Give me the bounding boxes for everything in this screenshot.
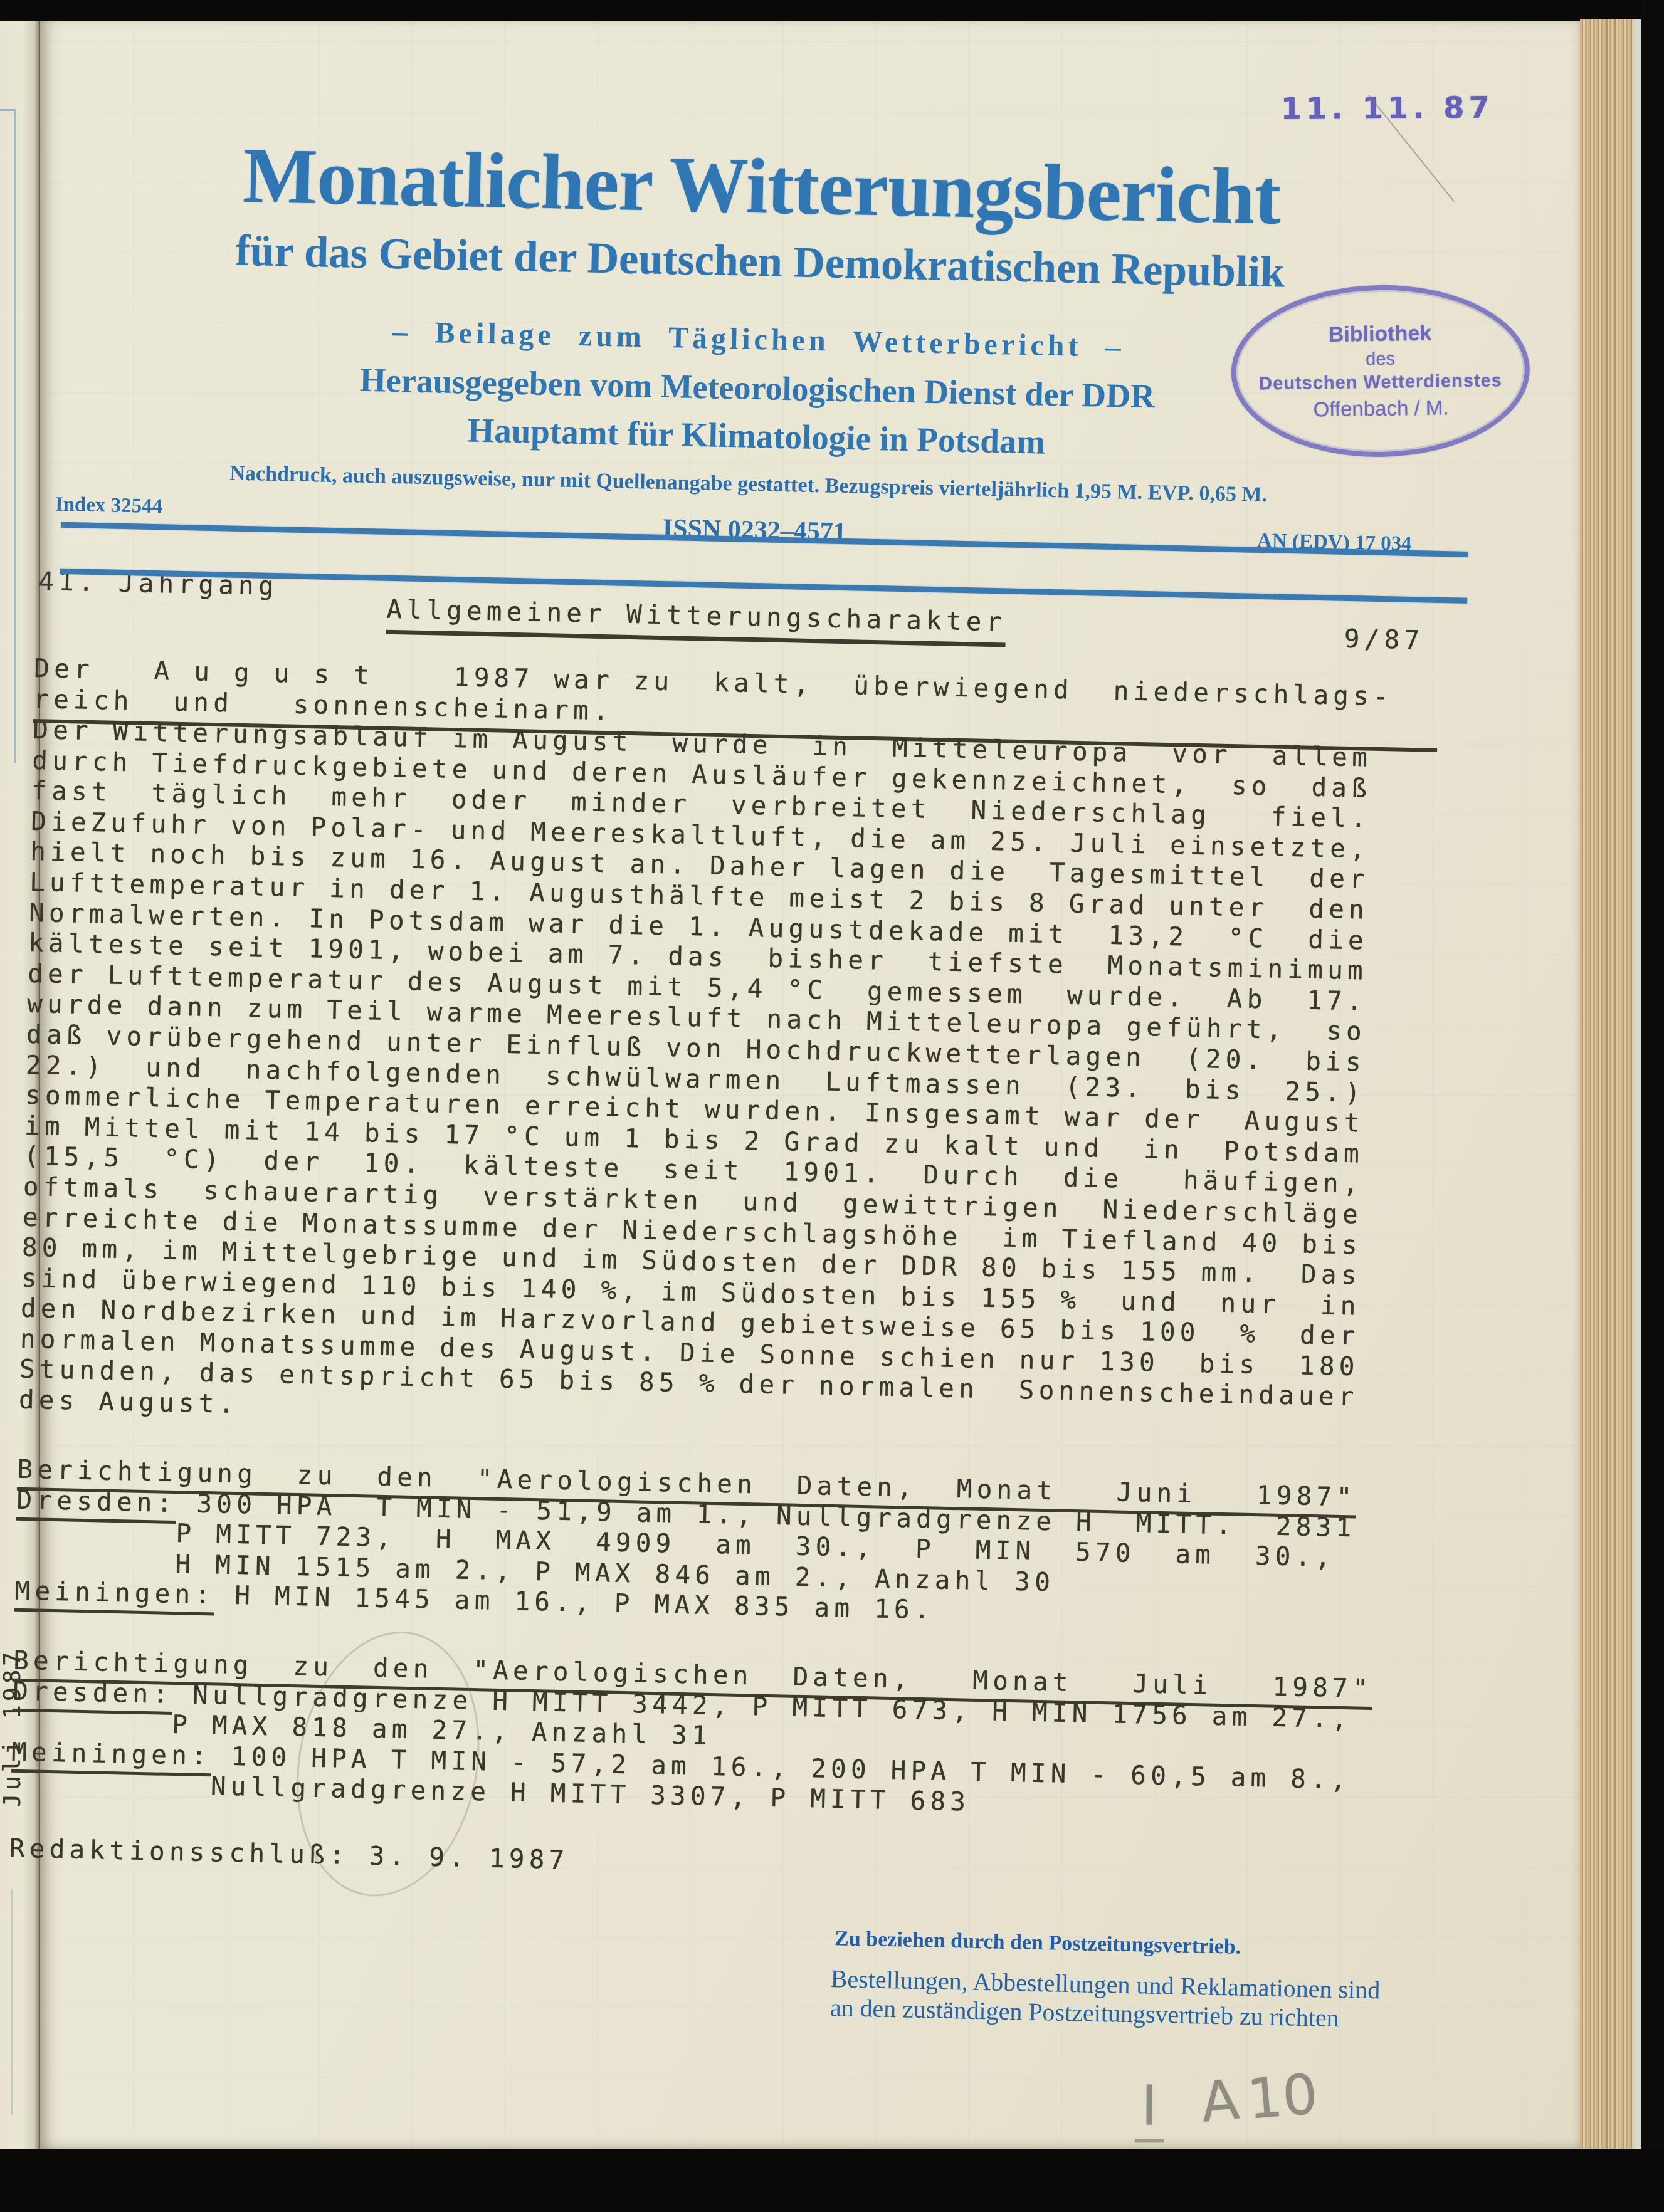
report-page: 11. 11. 87 Monatlicher Witterungsbericht…: [40, 21, 1580, 2149]
page-stack-fore-edge: [1580, 19, 1634, 2149]
pencil-shelf-mark-part: 10: [1245, 2062, 1320, 2132]
photo-background-top: [0, 0, 1664, 21]
page-content: 11. 11. 87 Monatlicher Witterungsbericht…: [0, 21, 1579, 2181]
photo-background-right: [1641, 0, 1664, 2212]
article-body: Der Witterungsablauf im August wurde in …: [18, 715, 1437, 1444]
library-stamp: Bibliothek des Deutschen Wetterdienstes …: [1230, 283, 1531, 459]
library-stamp-line: Deutschen Wetterdienstes: [1259, 370, 1502, 394]
correction-section-july: Berichtigung zu den "Aerologischen Daten…: [11, 1645, 1418, 1827]
issue-number: 9/87: [1344, 624, 1424, 656]
previous-page-table-frame: [0, 109, 16, 763]
library-stamp-line: Offenbach / M.: [1313, 396, 1448, 421]
pencil-shelf-mark-part: A: [1198, 2067, 1242, 2135]
distribution-notice-bold: Zu beziehen durch den Postzeitungsvertri…: [835, 1927, 1241, 1959]
page-stack-light-edge: [1634, 19, 1641, 2149]
library-stamp-line: des: [1366, 349, 1395, 370]
correction-section-june: Berichtigung zu den "Aerologischen Daten…: [14, 1454, 1422, 1636]
date-received-stamp: 11. 11. 87: [1280, 90, 1494, 127]
station-name: Meiningen:: [14, 1576, 215, 1616]
library-stamp-line: Bibliothek: [1329, 321, 1432, 347]
pencil-shelf-mark-part: I: [1135, 2073, 1164, 2142]
scanned-document-photo: Juli 1987 11. 11. 87 Monatlicher Witteru…: [0, 0, 1664, 2212]
pencil-shelf-mark: IA10: [1133, 2062, 1320, 2144]
editorial-deadline: Redaktionsschluß: 3. 9. 1987: [9, 1833, 569, 1875]
